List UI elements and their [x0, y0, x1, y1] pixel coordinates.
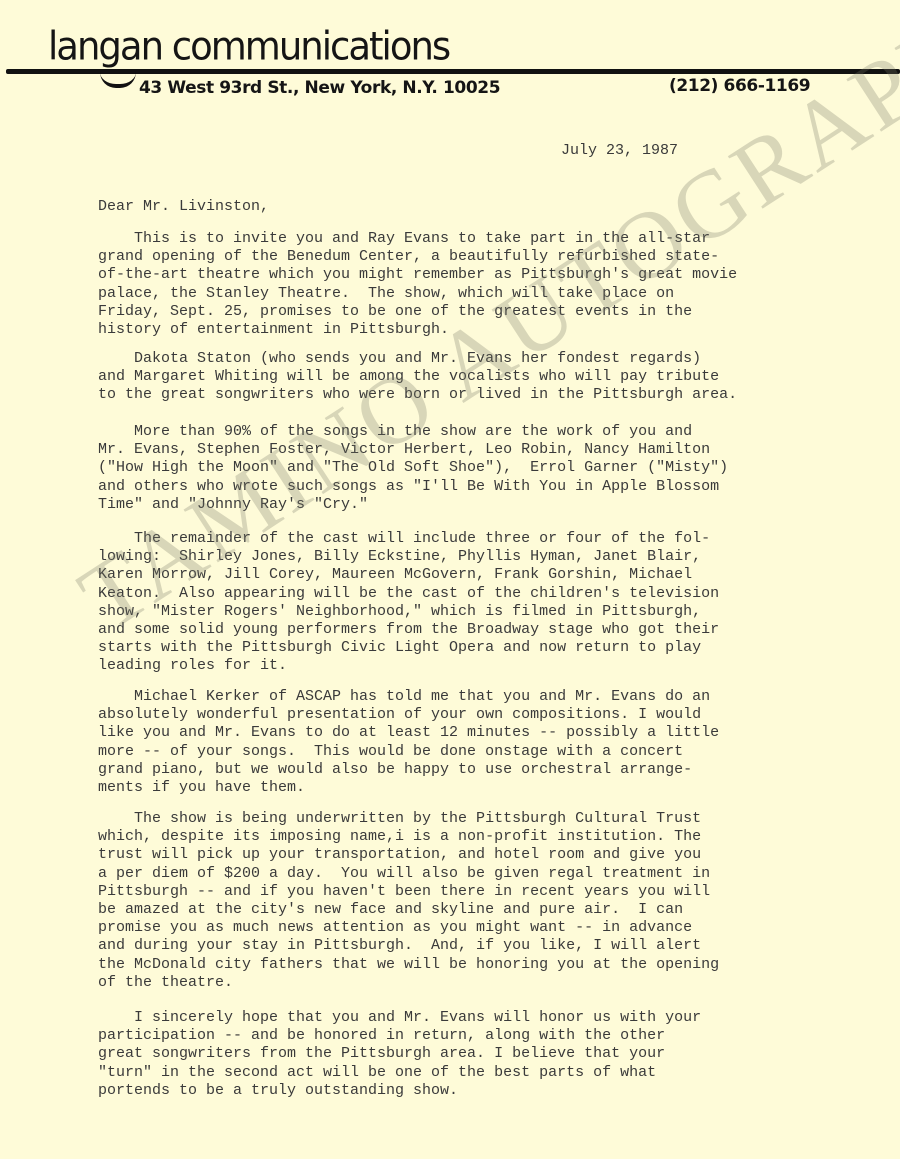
logo-swoosh-icon [100, 72, 136, 88]
salutation: Dear Mr. Livinston, [98, 198, 269, 215]
letter-date: July 23, 1987 [561, 142, 678, 159]
company-phone: (212) 666-1169 [669, 76, 810, 96]
company-logo: langan communications [48, 27, 449, 66]
paragraph: Dakota Staton (who sends you and Mr. Eva… [98, 350, 737, 405]
paragraph: I sincerely hope that you and Mr. Evans … [98, 1009, 701, 1100]
letterhead: langan communications 43 West 93rd St., … [0, 0, 900, 110]
paragraph: The show is being underwritten by the Pi… [98, 810, 719, 992]
paragraph: This is to invite you and Ray Evans to t… [98, 230, 737, 339]
letterhead-rule [6, 69, 900, 74]
paragraph: More than 90% of the songs in the show a… [98, 423, 728, 514]
paragraph: The remainder of the cast will include t… [98, 530, 719, 676]
paragraph: Michael Kerker of ASCAP has told me that… [98, 688, 719, 797]
company-address: 43 West 93rd St., New York, N.Y. 10025 [139, 78, 500, 98]
